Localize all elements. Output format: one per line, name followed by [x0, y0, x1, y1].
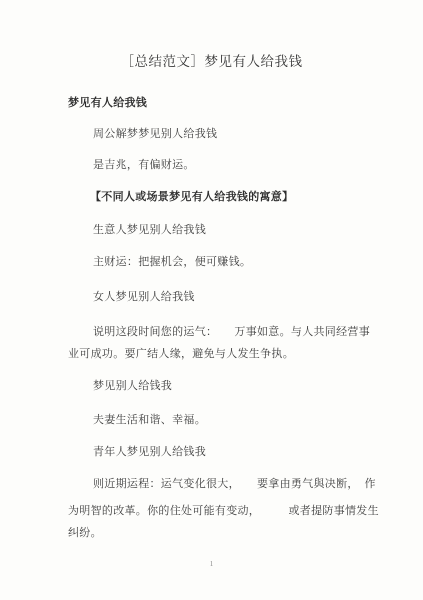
paragraph-line-dream-others-give-money: 梦见别人给钱我	[93, 379, 172, 393]
paragraph-line-recent-fortune-3: 纠纷。	[68, 526, 102, 540]
document-page: ［总结范文］梦见有人给我钱 梦见有人给我钱 周公解梦梦见别人给我钱 是吉兆，有偏…	[0, 0, 423, 600]
paragraph-line-recent-fortune-2: 为明智的改革。你的住处可能有变动， 或者提防事情发生	[68, 504, 379, 518]
paragraph-line-luck-explanation-2: 业可成功。要广结人缘，避免与人发生争执。	[68, 347, 294, 361]
section-heading-dream-of-someone-giving-money: 梦见有人给我钱	[68, 96, 147, 110]
paragraph-line: 周公解梦梦见别人给我钱	[93, 127, 217, 141]
paragraph-line-businessman: 生意人梦见别人给我钱	[93, 223, 206, 237]
paragraph-line-recent-fortune-1: 则近期运程：运气变化很大， 要拿由勇气與决断， 作	[93, 477, 376, 491]
paragraph-line-wealth-luck: 主财运：把握机会，便可赚钱。	[93, 255, 251, 269]
paragraph-line-woman: 女人梦见别人给我钱	[93, 290, 195, 304]
page-number: 1	[0, 560, 423, 569]
paragraph-line: 是吉兆，有偏财运。	[93, 158, 195, 172]
paragraph-line-couple-life: 夫妻生活和谐、幸福。	[93, 413, 206, 427]
paragraph-line-luck-explanation-1: 说明这段时间您的运气： 万事如意。与人共同经营事	[93, 325, 370, 339]
paragraph-line-young-people: 青年人梦见别人给钱我	[93, 445, 206, 459]
document-title: ［总结范文］梦见有人给我钱	[0, 53, 423, 70]
section-heading-different-people-scenarios: 【不同人或场景梦见有人给我钱的寓意】	[90, 190, 293, 204]
